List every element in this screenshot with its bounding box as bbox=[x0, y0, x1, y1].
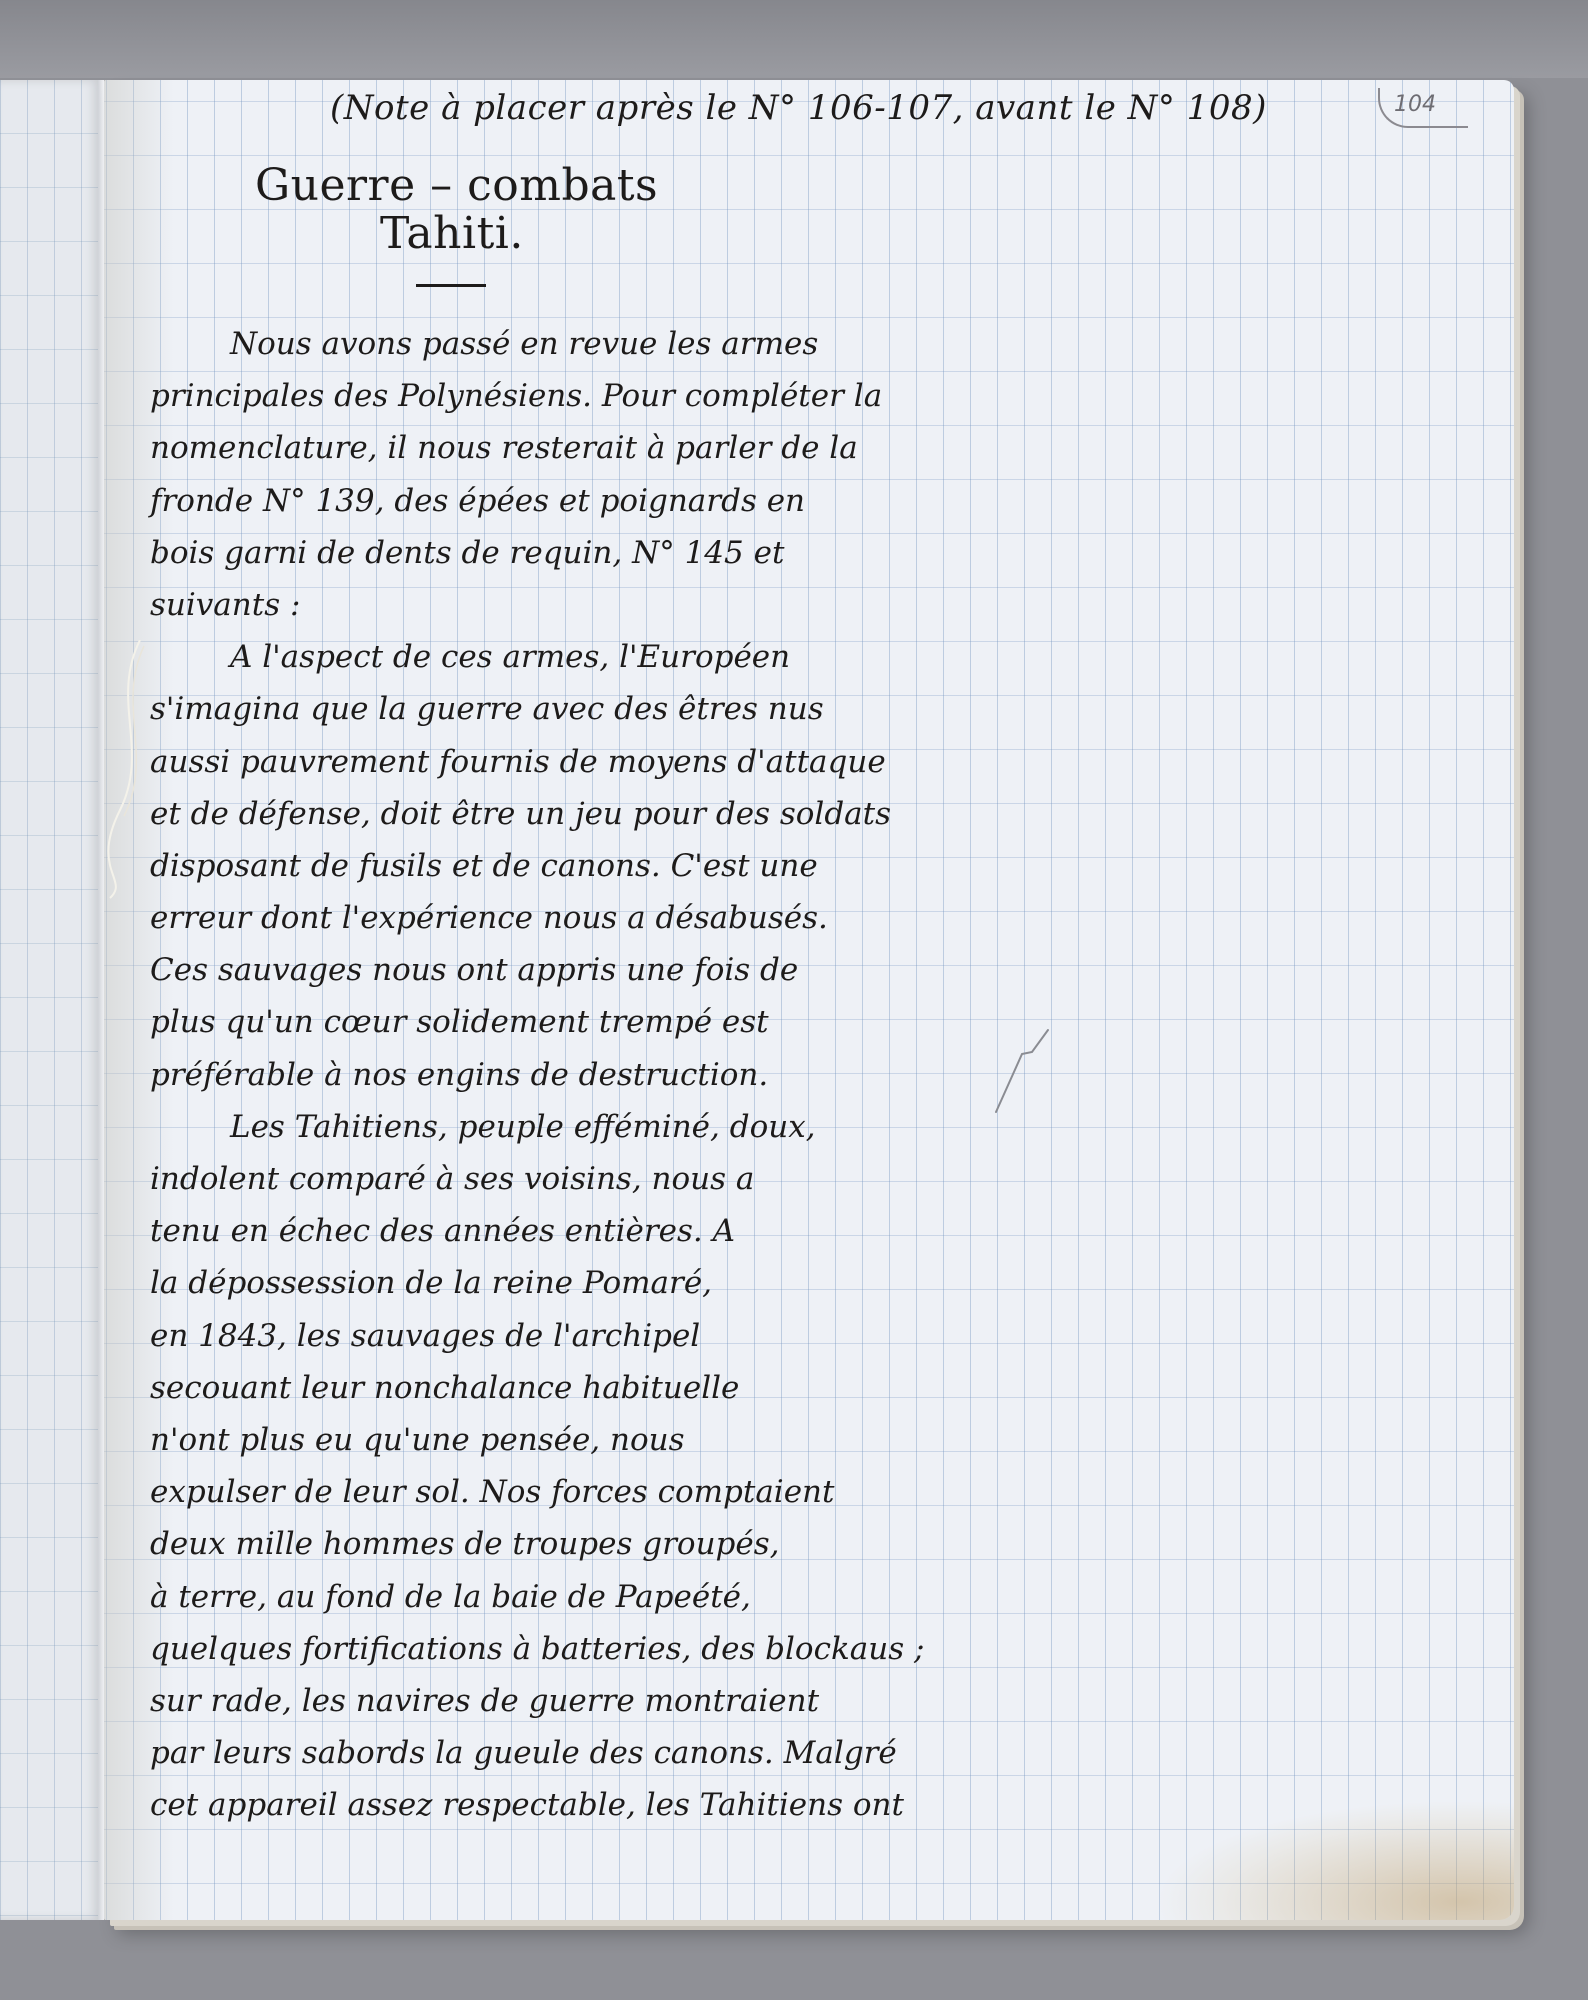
text-line: sur rade, les navires de guerre montraie… bbox=[150, 1675, 910, 1727]
text-line: A l'aspect de ces armes, l'Européen bbox=[150, 631, 910, 683]
page-stain-corner bbox=[1154, 1800, 1514, 1920]
text-line: préférable à nos engins de destruction. bbox=[150, 1049, 910, 1101]
title-underline bbox=[416, 284, 486, 287]
text-line: tenu en échec des années entières. A bbox=[150, 1205, 910, 1257]
pencil-tick-icon bbox=[990, 1010, 1050, 1120]
facing-page-edge bbox=[0, 80, 100, 1920]
text-line: à terre, au fond de la baie de Papeété, bbox=[150, 1571, 910, 1623]
text-line: erreur dont l'expérience nous a désabusé… bbox=[150, 892, 910, 944]
page-subtitle: Tahiti. bbox=[380, 208, 524, 259]
text-line: aussi pauvrement fournis de moyens d'att… bbox=[150, 736, 910, 788]
text-line: cet appareil assez respectable, les Tahi… bbox=[150, 1779, 910, 1831]
text-line: bois garni de dents de requin, N° 145 et bbox=[150, 527, 910, 579]
text-line: suivants : bbox=[150, 579, 910, 631]
text-line: secouant leur nonchalance habituelle bbox=[150, 1362, 910, 1414]
text-line: expulser de leur sol. Nos forces comptai… bbox=[150, 1466, 910, 1518]
page-title: Guerre – combats bbox=[255, 160, 658, 211]
text-line: quelques fortifications à batteries, des… bbox=[150, 1623, 910, 1675]
folio-number: 104 bbox=[1378, 88, 1468, 128]
text-line: Ces sauvages nous ont appris une fois de bbox=[150, 944, 910, 996]
text-line: par leurs sabords la gueule des canons. … bbox=[150, 1727, 910, 1779]
text-line: deux mille hommes de troupes groupés, bbox=[150, 1518, 910, 1570]
text-line: fronde N° 139, des épées et poignards en bbox=[150, 475, 910, 527]
scan-background bbox=[0, 0, 1588, 78]
text-line: Nous avons passé en revue les armes bbox=[150, 318, 910, 370]
text-line: disposant de fusils et de canons. C'est … bbox=[150, 840, 910, 892]
header-note: (Note à placer après le N° 106-107, avan… bbox=[330, 88, 1267, 128]
text-line: Les Tahitiens, peuple efféminé, doux, bbox=[150, 1101, 910, 1153]
text-line: nomenclature, il nous resterait à parler… bbox=[150, 422, 910, 474]
text-line: en 1843, les sauvages de l'archipel bbox=[150, 1310, 910, 1362]
text-line: indolent comparé à ses voisins, nous a bbox=[150, 1153, 910, 1205]
text-line: plus qu'un cœur solidement trempé est bbox=[150, 996, 910, 1048]
text-line: la dépossession de la reine Pomaré, bbox=[150, 1257, 910, 1309]
text-line: principales des Polynésiens. Pour complé… bbox=[150, 370, 910, 422]
text-line: et de défense, doit être un jeu pour des… bbox=[150, 788, 910, 840]
text-line: n'ont plus eu qu'une pensée, nous bbox=[150, 1414, 910, 1466]
handwritten-body: Nous avons passé en revue les armes prin… bbox=[150, 318, 910, 1831]
text-line: s'imagina que la guerre avec des êtres n… bbox=[150, 683, 910, 735]
